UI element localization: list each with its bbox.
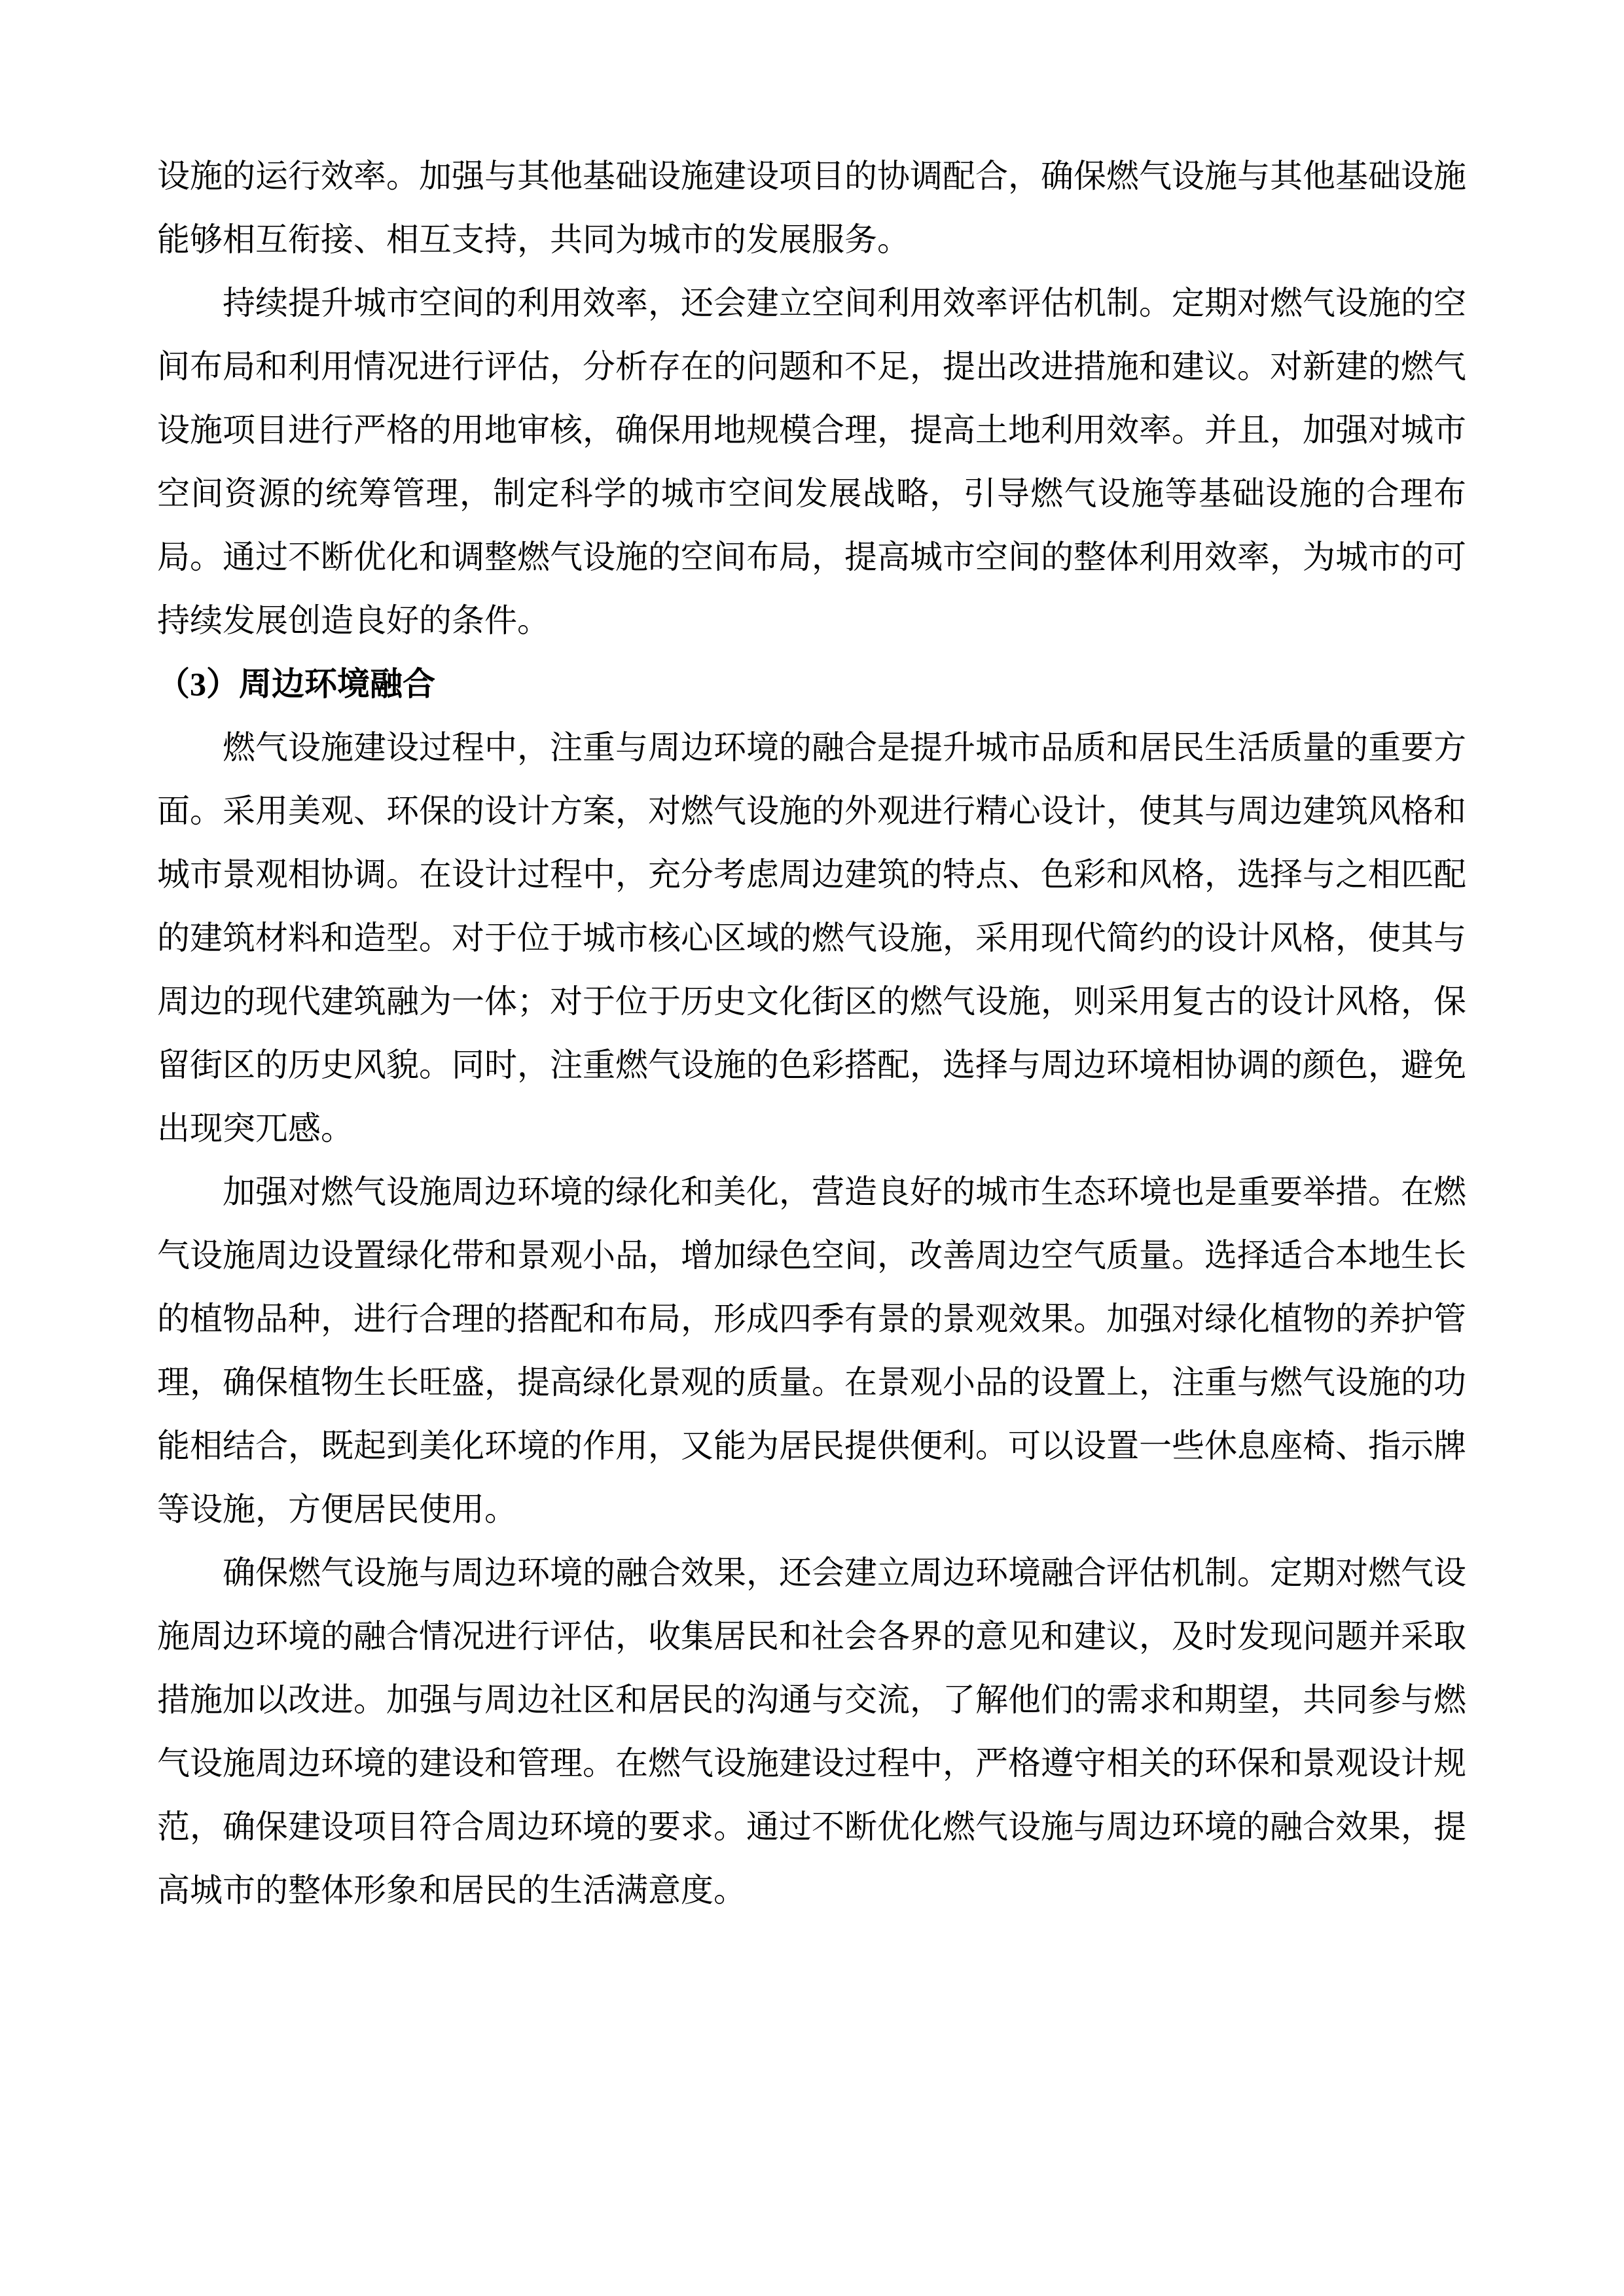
paragraph-evaluation: 确保燃气设施与周边环境的融合效果，还会建立周边环境融合评估机制。定期对燃气设施周… bbox=[157, 1541, 1466, 1922]
paragraph-design-integration: 燃气设施建设过程中，注重与周边环境的融合是提升城市品质和居民生活质量的重要方面。… bbox=[157, 716, 1466, 1160]
paragraph-greening: 加强对燃气设施周边环境的绿化和美化，营造良好的城市生态环境也是重要举措。在燃气设… bbox=[157, 1160, 1466, 1541]
section-heading: （3）周边环境融合 bbox=[157, 653, 1466, 716]
paragraph-space-efficiency: 持续提升城市空间的利用效率，还会建立空间利用效率评估机制。定期对燃气设施的空间布… bbox=[157, 272, 1466, 653]
document-page: 设施的运行效率。加强与其他基础设施建设项目的协调配合，确保燃气设施与其他基础设施… bbox=[0, 0, 1624, 2296]
paragraph-continuation: 设施的运行效率。加强与其他基础设施建设项目的协调配合，确保燃气设施与其他基础设施… bbox=[157, 145, 1466, 272]
document-content: 设施的运行效率。加强与其他基础设施建设项目的协调配合，确保燃气设施与其他基础设施… bbox=[157, 145, 1466, 1922]
